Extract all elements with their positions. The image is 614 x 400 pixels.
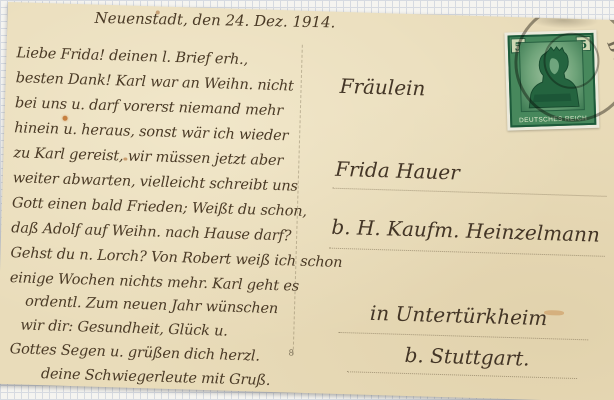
message-line: Gottes Segen u. grüßen dich herzl.	[9, 341, 260, 364]
age-spot	[156, 10, 160, 14]
message-address-divider-line	[293, 45, 303, 355]
address-ruled-line	[347, 371, 577, 379]
message-line: hinein u. heraus, sonst wär ich wieder	[14, 120, 288, 144]
scanned-postcard-photo: Neuenstadt, den 24. Dez. 1914. Liebe Fri…	[0, 0, 614, 400]
age-spot	[63, 116, 68, 121]
address-ruled-line	[329, 248, 605, 257]
message-line: zu Karl gereist, wir müssen jetzt aber	[13, 145, 283, 169]
print-mark: 8	[289, 347, 294, 357]
postcard: Neuenstadt, den 24. Dez. 1914. Liebe Fri…	[0, 2, 614, 400]
message-line: Gott einen bald Frieden; Weißt du schon,	[12, 195, 307, 220]
message-line: Liebe Frida! deinen l. Brief erh.,	[16, 45, 248, 68]
message-line: besten Dank! Karl war an Weihn. nicht	[16, 70, 294, 94]
message-line: wir dir: Gesundheit, Glück u.	[20, 318, 228, 340]
postmark-inner-ring	[543, 32, 601, 90]
message-line: deine Schwiegerleute mit Gruß.	[41, 366, 271, 389]
dateline: Neuenstadt, den 24. Dez. 1914.	[94, 9, 335, 32]
address-line-salutation: Fräulein	[339, 74, 425, 101]
age-spot	[123, 157, 127, 160]
age-spot	[544, 310, 564, 316]
message-line: Gehst du n. Lorch? Von Robert weiß ich s…	[10, 245, 342, 271]
message-line: ordentl. Zum neuen Jahr wünschen	[25, 294, 278, 317]
address-ruled-line	[333, 188, 607, 197]
message-line: daß Adolf auf Weihn. nach Hause darf?	[11, 220, 291, 244]
message-line: weiter abwarten, vielleicht schreibt uns	[13, 170, 299, 194]
address-line-name: Frida Hauer	[335, 157, 460, 185]
address-line-city: b. Stuttgart.	[404, 343, 530, 371]
message-line: einige Wochen nichts mehr. Karl geht es	[10, 270, 300, 295]
address-line-co: b. H. Kaufm. Heinzelmann	[331, 215, 600, 247]
postmark-smudge	[528, 11, 598, 29]
address-ruled-line	[338, 332, 588, 340]
message-line: bei uns u. darf vorerst niemand mehr	[15, 95, 283, 119]
postmark-letters: DT	[603, 38, 614, 70]
address-line-town: in Untertürkheim	[370, 301, 548, 330]
